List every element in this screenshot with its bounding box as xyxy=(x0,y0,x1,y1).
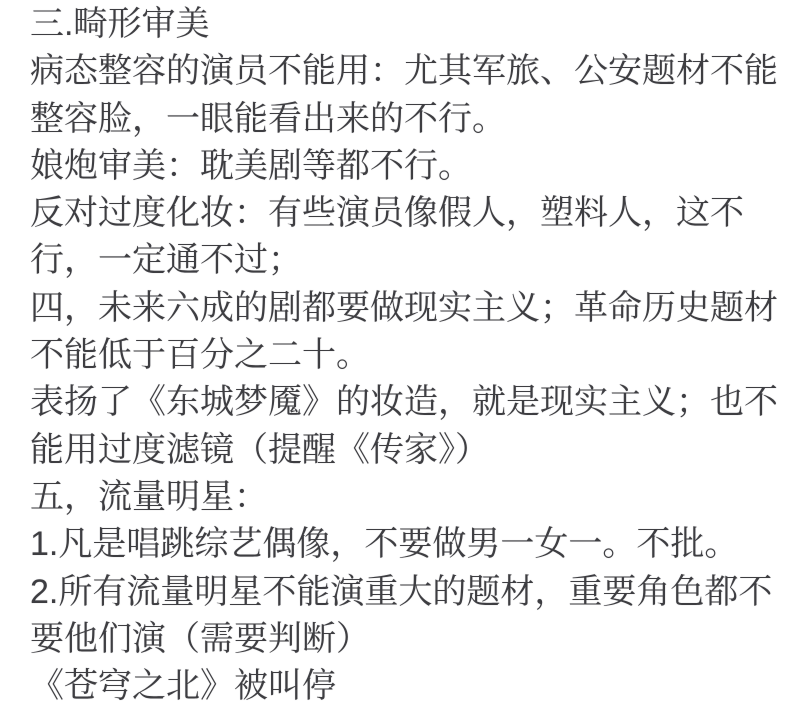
text-line-4: 娘炮审美：耽美剧等都不行。 xyxy=(30,143,780,190)
text-line-6: 行，一定通不过； xyxy=(30,237,780,284)
text-line-10: 能用过度滤镜（提醒《传家》） xyxy=(30,427,780,474)
text-line-15: 《苍穹之北》被叫停 xyxy=(30,663,780,710)
text-line-13: 2.所有流量明星不能演重大的题材，重要角色都不 xyxy=(30,569,780,616)
text-line-9: 表扬了《东城梦魇》的妆造，就是现实主义；也不 xyxy=(30,379,780,426)
text-block: 三.畸形审美 病态整容的演员不能用：尤其军旅、公安题材不能 整容脸，一眼能看出来… xyxy=(30,1,780,710)
text-line-7: 四，未来六成的剧都要做现实主义；革命历史题材 xyxy=(30,285,780,332)
text-line-3: 整容脸，一眼能看出来的不行。 xyxy=(30,96,780,143)
text-line-8: 不能低于百分之二十。 xyxy=(30,332,780,379)
text-line-5: 反对过度化妆：有些演员像假人，塑料人，这不 xyxy=(30,190,780,237)
text-line-11: 五，流量明星： xyxy=(30,474,780,521)
text-line-14: 要他们演（需要判断） xyxy=(30,616,780,663)
text-line-2: 病态整容的演员不能用：尤其军旅、公安题材不能 xyxy=(30,48,780,95)
document-page: 三.畸形审美 病态整容的演员不能用：尤其军旅、公安题材不能 整容脸，一眼能看出来… xyxy=(0,0,800,711)
text-line-1: 三.畸形审美 xyxy=(30,1,780,48)
text-line-12: 1.凡是唱跳综艺偶像，不要做男一女一。不批。 xyxy=(30,521,780,568)
